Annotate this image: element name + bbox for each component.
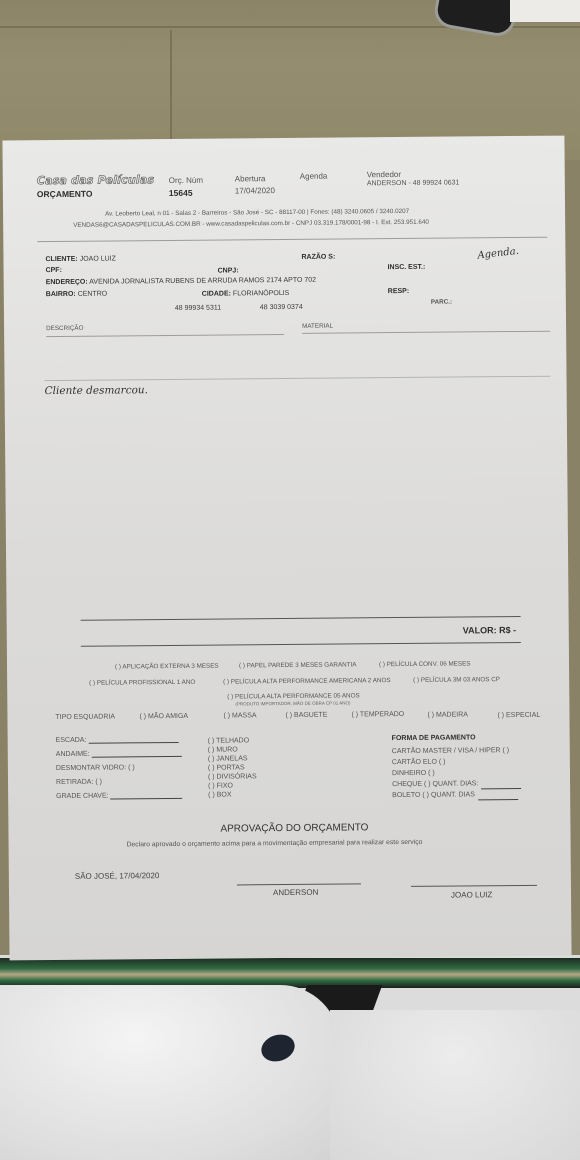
esquadria-mao-amiga[interactable]: ( ) MÃO AMIGA [139, 713, 188, 720]
cidade-label: CIDADE: [202, 290, 231, 297]
abertura-label: Abertura [235, 174, 266, 183]
retirada[interactable]: RETIRADA: ( ) [56, 779, 102, 786]
note-divider [45, 376, 551, 381]
andaime-field[interactable]: ANDAIME: [56, 749, 182, 758]
escada-label: ESCADA: [56, 737, 87, 744]
abertura-date: 17/04/2020 [235, 186, 275, 195]
cidade-field: CIDADE: FLORIANÓPOLIS [202, 290, 290, 298]
escada-field[interactable]: ESCADA: [56, 735, 179, 744]
local-fixo[interactable]: ( ) FIXO [208, 781, 257, 790]
bairro-value: CENTRO [78, 291, 108, 298]
paper-corner [510, 0, 580, 22]
white-shirt-right [330, 1010, 580, 1160]
handwritten-note: Cliente desmarcou. [45, 384, 148, 397]
cliente-field: CLIENTE: JOAO LUIZ [45, 255, 115, 263]
grade-chave-label: GRADE CHAVE: [56, 793, 108, 800]
esquadria-baguete[interactable]: ( ) BAGUETE [285, 712, 327, 719]
bairro-field: BAIRRO: CENTRO [46, 291, 108, 299]
grade-chave-line [111, 791, 183, 800]
escada-line [88, 735, 178, 744]
material-label: MATERIAL [302, 323, 333, 330]
local-box[interactable]: ( ) BOX [208, 790, 257, 799]
material-underline [302, 331, 550, 334]
phone-2: 48 3039 0374 [260, 304, 303, 311]
white-shirt-left [0, 985, 340, 1160]
esquadria-massa[interactable]: ( ) MASSA [223, 712, 256, 719]
pagamento-list: CARTÃO MASTER / VISA / HIPER ( ) CARTÃO … [392, 745, 522, 801]
approval-title: APROVAÇÃO DO ORÇAMENTO [220, 822, 368, 834]
insc-label: INSC. EST.: [388, 264, 426, 271]
locais-list: ( ) TELHADO ( ) MURO ( ) JANELAS ( ) POR… [208, 736, 257, 799]
resp-label: RESP: [388, 288, 409, 295]
address-line: Av. Leoberto Leal, n 01 - Salas 2 - Barr… [105, 208, 409, 218]
desmontar-vidro[interactable]: DESMONTAR VIDRO: ( ) [56, 764, 135, 772]
option-note: (PRODUTO IMPORTADOR, MÃO DE OBRA CP 01 A… [235, 700, 350, 706]
local-janelas[interactable]: ( ) JANELAS [208, 754, 257, 763]
cliente-value: JOAO LUIZ [80, 255, 116, 262]
razao-label: RAZÃO S: [301, 254, 335, 261]
agenda-label: Agenda [300, 172, 328, 181]
option-pelicula-americana[interactable]: ( ) PELÍCULA ALTA PERFORMANCE AMERICANA … [223, 677, 390, 685]
local-portas[interactable]: ( ) PORTAS [208, 763, 257, 772]
place-date: SÃO JOSÉ, 17/04/2020 [75, 871, 160, 881]
signer-2: JOAO LUIZ [451, 890, 492, 899]
vendedor-name: ANDERSON - 48 99924 0631 [367, 179, 460, 187]
pagamento-boleto[interactable]: BOLETO ( ) QUANT. DIAS [392, 789, 521, 801]
valor-total: VALOR: R$ - [463, 625, 516, 635]
signer-1: ANDERSON [273, 888, 318, 897]
boleto-label: BOLETO ( ) QUANT. DIAS [392, 791, 475, 799]
pagamento-cartao-master[interactable]: CARTÃO MASTER / VISA / HIPER ( ) [392, 745, 521, 757]
doc-type: ORÇAMENTO [37, 189, 93, 199]
option-pelicula-profissional[interactable]: ( ) PELÍCULA PROFISSIONAL 1 ANO [89, 679, 195, 687]
andaime-line [92, 749, 182, 758]
andaime-label: ANDAIME: [56, 751, 90, 758]
floor-seam [170, 30, 172, 150]
esquadria-temperado[interactable]: ( ) TEMPERADO [351, 711, 404, 718]
local-divisorias[interactable]: ( ) DIVISÓRIAS [208, 772, 257, 781]
handwritten-agenda: Agenda. [477, 246, 520, 262]
cliente-label: CLIENTE: [45, 256, 77, 263]
brand-logo: Casa das Películas [37, 173, 155, 187]
endereco-value: AVENIDA JORNALISTA RUBENS DE ARRUDA RAMO… [89, 277, 316, 286]
glass-table-edge [0, 958, 580, 988]
grade-chave-field[interactable]: GRADE CHAVE: [56, 791, 182, 800]
local-muro[interactable]: ( ) MURO [208, 745, 257, 754]
local-telhado[interactable]: ( ) TELHADO [208, 736, 257, 745]
cpf-label: CPF: [46, 267, 62, 274]
signature-line-2 [411, 885, 537, 887]
contact-line: VENDAS6@CASADASPELICULAS.COM.BR - www.ca… [73, 219, 429, 229]
pagamento-title: FORMA DE PAGAMENTO [392, 734, 476, 742]
endereco-field: ENDEREÇO: AVENIDA JORNALISTA RUBENS DE A… [46, 277, 316, 286]
boleto-days-line [478, 792, 518, 800]
esquadria-madeira[interactable]: ( ) MADEIRA [427, 711, 468, 718]
option-aplicacao-externa[interactable]: ( ) APLICAÇÃO EXTERNA 3 MESES [115, 663, 219, 671]
vendedor-label: Vendedor [367, 170, 401, 179]
option-pelicula-3m[interactable]: ( ) PELÍCULA 3M 03 ANOS CP [413, 676, 500, 684]
endereco-label: ENDEREÇO: [46, 279, 88, 286]
budget-document: Casa das Películas ORÇAMENTO Orç. Núm 15… [2, 136, 571, 961]
divider [37, 237, 547, 242]
cheque-label: CHEQUE ( ) QUANT. DIAS: [392, 780, 478, 788]
descricao-label: DESCRIÇÃO [46, 325, 83, 332]
esquadria-especial[interactable]: ( ) ESPECIAL [497, 712, 540, 719]
phone-1: 48 99934 5311 [175, 305, 221, 312]
cnpj-label: CNPJ: [218, 267, 239, 274]
valor-bottom-line [81, 642, 521, 647]
cidade-value: FLORIANÓPOLIS [233, 290, 289, 297]
option-papel-parede[interactable]: ( ) PAPEL PAREDE 3 MESES GARANTIA [239, 661, 357, 669]
orc-num-label: Orç. Núm [169, 176, 203, 185]
signature-line-1 [237, 883, 361, 885]
bairro-label: BAIRRO: [46, 291, 76, 298]
descricao-underline [46, 334, 284, 337]
approval-declaration: Declaro aprovado o orçamento acima para … [127, 839, 423, 849]
parc-label: PARC.: [431, 299, 452, 306]
option-pelicula-conv[interactable]: ( ) PELÍCULA CONV. 06 MESES [379, 660, 471, 668]
esquadria-label: TIPO ESQUADRIA [55, 714, 115, 722]
option-pelicula-alta-05[interactable]: ( ) PELÍCULA ALTA PERFORMANCE 05 ANOS [227, 692, 359, 700]
valor-top-line [81, 616, 521, 621]
orc-num: 15645 [169, 188, 193, 198]
